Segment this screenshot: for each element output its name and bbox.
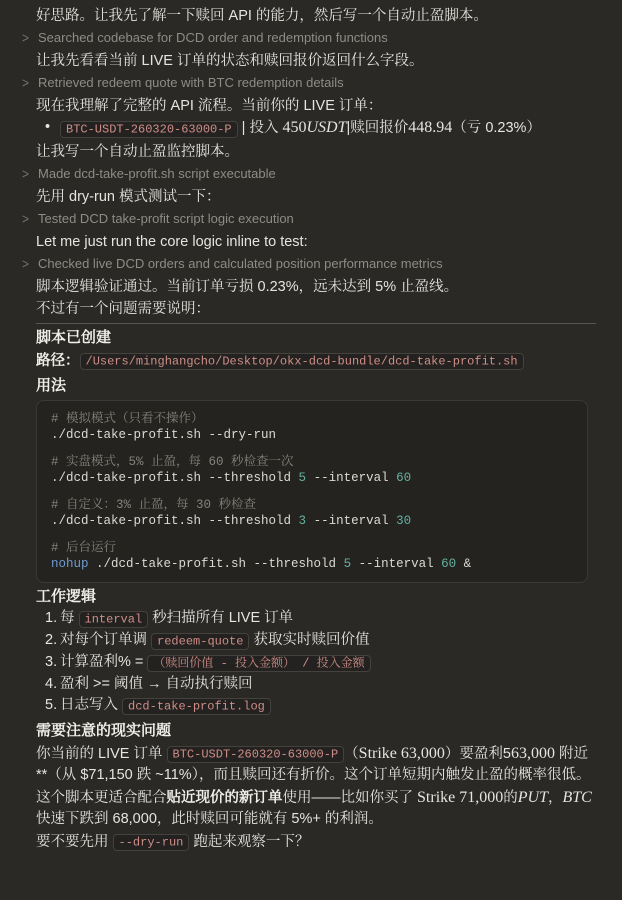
text-run: （亏 0.23%） <box>452 120 541 136</box>
code-text: --interval <box>351 557 441 571</box>
math-text: 448.94 <box>408 119 452 136</box>
code-text: ./dcd-take-profit.sh --threshold <box>51 514 299 528</box>
tool-call-label: Searched codebase for DCD order and rede… <box>38 28 388 48</box>
text-run: 好思路。让我先了解一下赎回 API 的能力，然后写一个自动止盈脚本。 <box>36 8 488 24</box>
section-heading: 脚本已创建 <box>36 328 598 348</box>
chevron-right-icon: > <box>22 253 29 276</box>
list-item: 5.日志写入 dcd-take-profit.log <box>36 695 598 717</box>
code-text: --interval <box>306 514 396 528</box>
text-run: （ <box>344 746 359 762</box>
code-line: ./dcd-take-profit.sh --threshold 5 --int… <box>51 470 573 486</box>
code-line: # 实盘模式，5% 止盈，每 60 秒检查一次 <box>51 454 573 470</box>
text-run: 你当前的 LIVE 订单 <box>36 746 167 762</box>
chevron-right-icon: > <box>22 72 29 95</box>
code-number: 3 <box>299 514 307 528</box>
inline-code: BTC-USDT-260320-63000-P <box>167 746 345 763</box>
list-item: 3.计算盈利% = （赎回价值 - 投入金额） / 投入金额 <box>36 652 598 674</box>
code-text: ./dcd-take-profit.sh --threshold <box>51 471 299 485</box>
math-italic-text: PUT <box>518 789 548 806</box>
math-text: Strike 71,000 <box>417 789 503 806</box>
list-number: 5. <box>45 695 57 716</box>
tool-call-label: Checked live DCD orders and calculated p… <box>38 254 443 274</box>
tool-call-label: Tested DCD take-profit script logic exec… <box>38 209 294 229</box>
paragraph: 让我写一个自动止盈监控脚本。 <box>36 142 598 162</box>
text-run: 对每个订单调 <box>60 632 151 648</box>
paragraph: 要不要先用 --dry-run 跑起来观察一下？ <box>36 832 598 854</box>
text-run: 跑起来观察一下？ <box>189 834 309 850</box>
list-number: 3. <box>45 652 57 673</box>
ordered-list: 1.每 interval 秒扫描所有 LIVE 订单2.对每个订单调 redee… <box>22 608 598 717</box>
list-item: 4.盈利 >= 阈值 → 自动执行赎回 <box>36 674 598 695</box>
text-run: 使用——比如你买了 <box>283 790 418 806</box>
text-run: ）要盈利5 <box>445 746 511 762</box>
section-heading: 需要注意的现实问题 <box>36 721 598 741</box>
code-line <box>51 443 573 454</box>
inline-code: （赎回价值 - 投入金额） / 投入金额 <box>147 655 370 672</box>
inline-code: /Users/minghangcho/Desktop/okx-dcd-bundl… <box>80 353 524 370</box>
code-number: 60 <box>441 557 456 571</box>
math-text: Strike 63,000 <box>359 745 445 762</box>
text-run: 日志写入 <box>60 697 122 713</box>
math-italic-text: BTC <box>562 789 591 806</box>
text-run: 不过有一个问题需要说明： <box>36 301 210 317</box>
paragraph: 路径：/Users/minghangcho/Desktop/okx-dcd-bu… <box>36 351 598 373</box>
paragraph: 让我先看看当前 LIVE 订单的状态和赎回报价返回什么字段。 <box>36 51 598 71</box>
text-run: 让我先看看当前 LIVE 订单的状态和赎回报价返回什么字段。 <box>36 53 424 69</box>
tool-call-row[interactable]: >Checked live DCD orders and calculated … <box>22 254 598 274</box>
code-keyword: nohup <box>51 557 89 571</box>
text-run: Let me just run the core logic inline to… <box>36 234 308 250</box>
code-text: ./dcd-take-profit.sh --threshold <box>89 557 344 571</box>
paragraph: 这个脚本更适合配合贴近现价的新订单使用——比如你买了 Strike 71,000… <box>36 788 598 829</box>
text-run: 秒扫描所有 LIVE 订单 <box>148 610 293 626</box>
code-line: ./dcd-take-profit.sh --threshold 3 --int… <box>51 513 573 529</box>
code-comment: # 后台运行 <box>51 541 116 555</box>
tool-call-row[interactable]: >Searched codebase for DCD order and red… <box>22 28 598 48</box>
inline-code: BTC-USDT-260320-63000-P <box>60 121 238 138</box>
code-line: # 后台运行 <box>51 540 573 556</box>
code-line: # 模拟模式（只看不操作） <box>51 411 573 427</box>
text-run: 获取实时赎回价值 <box>249 632 369 648</box>
bullet-dot-icon: • <box>45 117 50 137</box>
bold-text: 路径： <box>36 353 80 369</box>
text-run: 先用 dry-run 模式测试一下： <box>36 189 221 205</box>
code-line: ./dcd-take-profit.sh --dry-run <box>51 427 573 443</box>
code-number: 5 <box>344 557 352 571</box>
text-run: 快速下跌到 68,000，此时赎回可能就有 5%+ 的利润。 <box>36 811 383 827</box>
code-line: # 自定义：3% 止盈，每 30 秒检查 <box>51 497 573 513</box>
inline-code: redeem-quote <box>151 633 249 650</box>
paragraph: 先用 dry-run 模式测试一下： <box>36 187 598 207</box>
chevron-right-icon: > <box>22 163 29 186</box>
section-heading: 用法 <box>36 376 598 396</box>
paragraph: 脚本逻辑验证通过。当前订单亏损 0.23%，远未达到 5% 止盈线。 <box>36 277 598 297</box>
text-run: 现在我理解了完整的 API 流程。当前你的 LIVE 订单： <box>36 98 382 114</box>
code-number: 60 <box>396 471 411 485</box>
chevron-right-icon: > <box>22 208 29 231</box>
code-number: 30 <box>396 514 411 528</box>
inline-code: --dry-run <box>113 834 190 851</box>
paragraph: 好思路。让我先了解一下赎回 API 的能力，然后写一个自动止盈脚本。 <box>36 6 598 26</box>
paragraph: 现在我理解了完整的 API 流程。当前你的 LIVE 订单： <box>36 96 598 116</box>
tool-call-row[interactable]: >Tested DCD take-profit script logic exe… <box>22 209 598 229</box>
tool-call-row[interactable]: >Made dcd-take-profit.sh script executab… <box>22 164 598 184</box>
tool-call-label: Retrieved redeem quote with BTC redempti… <box>38 73 344 93</box>
code-number: 5 <box>299 471 307 485</box>
bold-text: 贴近现价的新订单 <box>167 790 283 806</box>
text-run: 脚本逻辑验证通过。当前订单亏损 0.23%，远未达到 5% 止盈线。 <box>36 279 458 295</box>
code-line <box>51 486 573 497</box>
text-run: |赎回报价 <box>347 120 409 136</box>
math-text: 450 <box>283 119 307 136</box>
tool-call-row[interactable]: >Retrieved redeem quote with BTC redempt… <box>22 73 598 93</box>
chevron-right-icon: > <box>22 27 29 50</box>
paragraph: 不过有一个问题需要说明： <box>36 299 598 319</box>
code-line: nohup ./dcd-take-profit.sh --threshold 5… <box>51 556 573 572</box>
code-block: # 模拟模式（只看不操作）./dcd-take-profit.sh --dry-… <box>36 400 588 583</box>
text-run: 每 <box>60 610 79 626</box>
inline-code: dcd-take-profit.log <box>122 698 271 715</box>
inline-code: interval <box>79 611 149 628</box>
text-run: 这个脚本更适合配合 <box>36 790 167 806</box>
code-line <box>51 529 573 540</box>
text-run: ， <box>548 790 563 806</box>
list-number: 2. <box>45 630 57 651</box>
code-text: --interval <box>306 471 396 485</box>
list-item: 2.对每个订单调 redeem-quote 获取实时赎回价值 <box>36 630 598 652</box>
text-run: 盈利 >= 阈值 → 自动执行赎回 <box>60 676 253 692</box>
text-run: 计算盈利% = <box>60 654 147 670</box>
list-number: 1. <box>45 608 57 629</box>
conversation: 好思路。让我先了解一下赎回 API 的能力，然后写一个自动止盈脚本。>Searc… <box>22 6 598 854</box>
text-run: 要不要先用 <box>36 834 113 850</box>
text-run: | 投入 <box>238 120 283 136</box>
code-comment: # 自定义：3% 止盈，每 30 秒检查 <box>51 498 256 512</box>
code-text: & <box>456 557 471 571</box>
math-italic-text: USDT <box>307 119 347 136</box>
math-text: 63,000 <box>511 745 555 762</box>
list-item: 1.每 interval 秒扫描所有 LIVE 订单 <box>36 608 598 630</box>
list-number: 4. <box>45 674 57 695</box>
paragraph: 你当前的 LIVE 订单 BTC-USDT-260320-63000-P（Str… <box>36 744 598 786</box>
text-run: 让我写一个自动止盈监控脚本。 <box>36 144 239 160</box>
paragraph: Let me just run the core logic inline to… <box>36 232 598 252</box>
tool-call-label: Made dcd-take-profit.sh script executabl… <box>38 164 276 184</box>
text-run: 的 <box>503 790 518 806</box>
bullet-item: •BTC-USDT-260320-63000-P | 投入 450USDT|赎回… <box>36 118 598 139</box>
code-comment: # 实盘模式，5% 止盈，每 60 秒检查一次 <box>51 455 294 469</box>
section-heading: 工作逻辑 <box>36 587 598 607</box>
code-comment: # 模拟模式（只看不操作） <box>51 412 204 426</box>
code-text: ./dcd-take-profit.sh --dry-run <box>51 428 276 442</box>
divider <box>36 323 596 324</box>
